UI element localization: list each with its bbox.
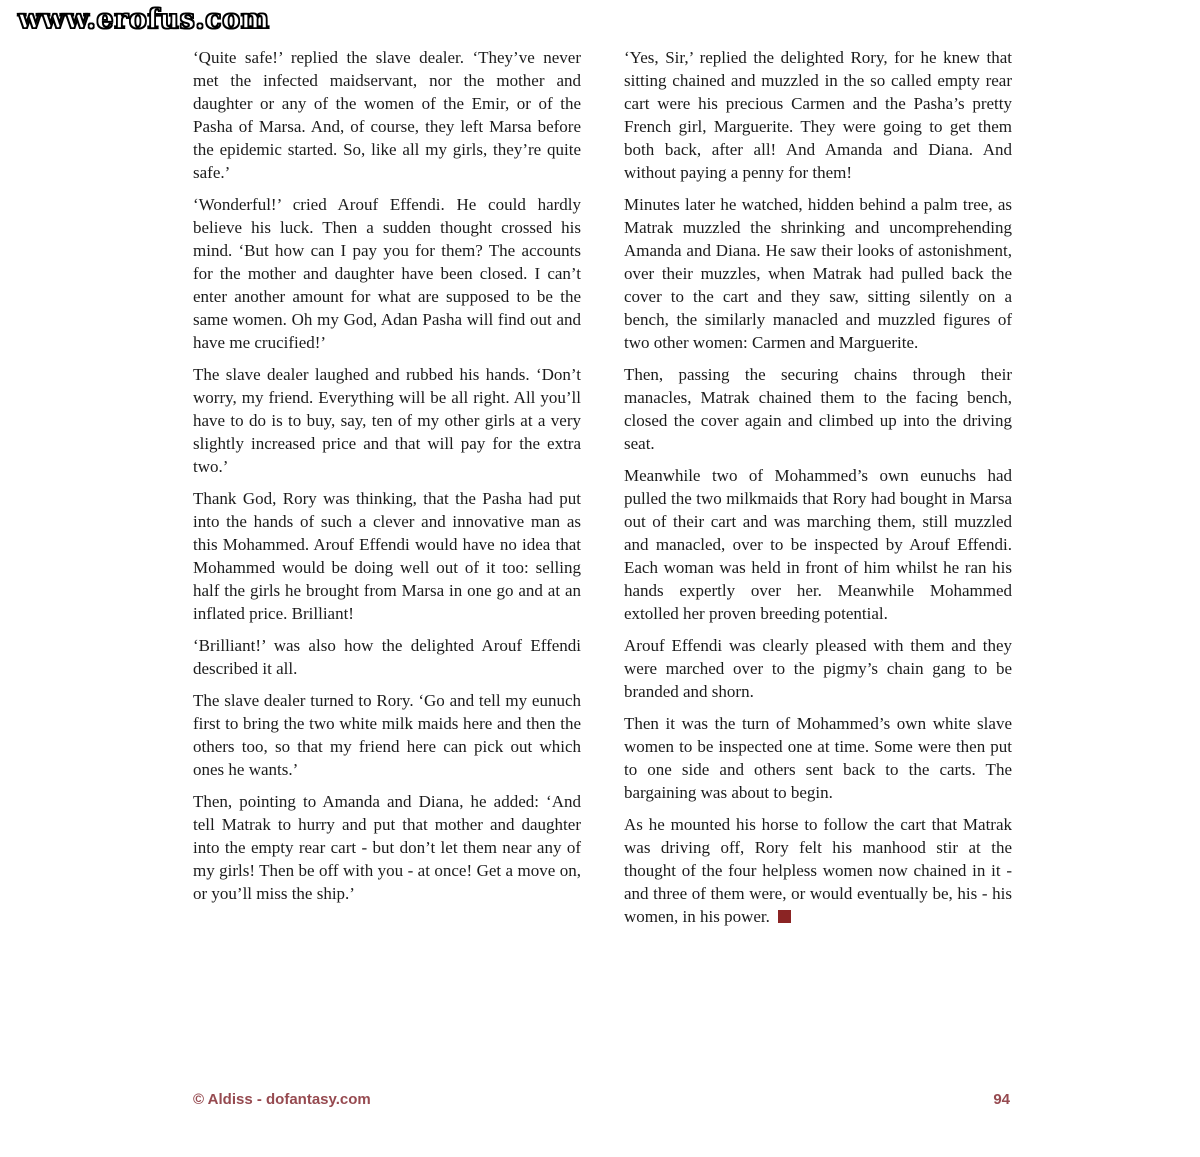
- paragraph: Then, passing the securing chains throug…: [624, 363, 1012, 455]
- left-column: ‘Quite safe!’ replied the slave dealer. …: [193, 46, 581, 937]
- book-page: www.erofus.com ‘Quite safe!’ replied the…: [0, 0, 1200, 1157]
- right-column: ‘Yes, Sir,’ replied the delighted Rory, …: [624, 46, 1012, 937]
- watermark-text: www.erofus.com: [18, 4, 270, 35]
- paragraph: Thank God, Rory was thinking, that the P…: [193, 487, 581, 625]
- paragraph: ‘Quite safe!’ replied the slave dealer. …: [193, 46, 581, 184]
- paragraph: Then, pointing to Amanda and Diana, he a…: [193, 790, 581, 905]
- paragraph: ‘Wonderful!’ cried Arouf Effendi. He cou…: [193, 193, 581, 354]
- page-number: 94: [993, 1091, 1010, 1108]
- paragraph: Arouf Effendi was clearly pleased with t…: [624, 634, 1012, 703]
- text-columns: ‘Quite safe!’ replied the slave dealer. …: [193, 46, 1012, 937]
- paragraph: Minutes later he watched, hidden behind …: [624, 193, 1012, 354]
- paragraph: The slave dealer laughed and rubbed his …: [193, 363, 581, 478]
- paragraph: ‘Yes, Sir,’ replied the delighted Rory, …: [624, 46, 1012, 184]
- paragraph: ‘Brilliant!’ was also how the delighted …: [193, 634, 581, 680]
- paragraph: The slave dealer turned to Rory. ‘Go and…: [193, 689, 581, 781]
- paragraph: Meanwhile two of Mohammed’s own eunuchs …: [624, 464, 1012, 625]
- page-footer: © Aldiss - dofantasy.com 94: [193, 1091, 1010, 1108]
- end-of-story-marker-icon: [778, 910, 791, 923]
- paragraph: As he mounted his horse to follow the ca…: [624, 813, 1012, 928]
- copyright-text: © Aldiss - dofantasy.com: [193, 1091, 371, 1108]
- paragraph: Then it was the turn of Mohammed’s own w…: [624, 712, 1012, 804]
- paragraph-text: As he mounted his horse to follow the ca…: [624, 815, 1012, 926]
